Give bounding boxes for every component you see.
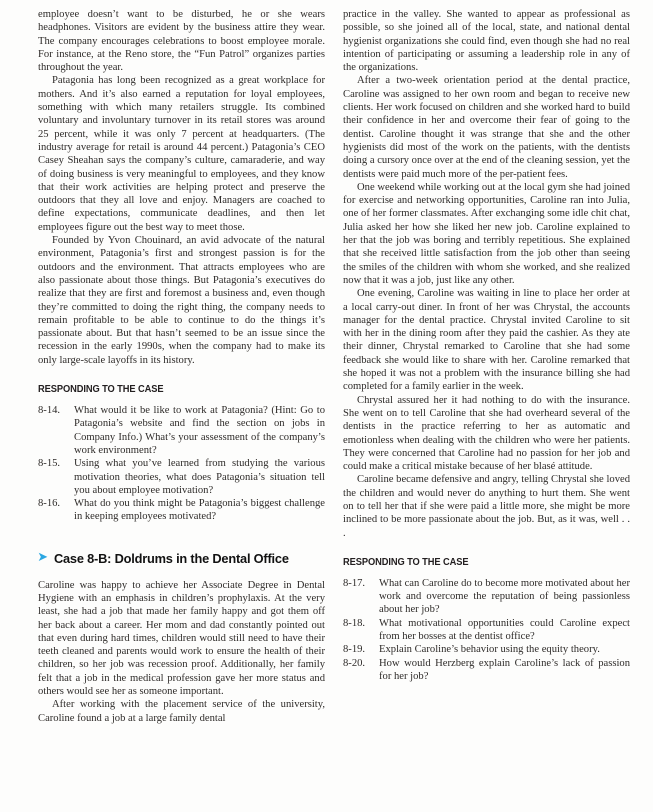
question-number: 8-20. — [343, 657, 365, 670]
question-number: 8-16. — [38, 497, 60, 510]
paragraph: One evening, Caroline was waiting in lin… — [343, 287, 630, 393]
paragraph: Chrystal assured her it had nothing to d… — [343, 394, 630, 474]
question-number: 8-15. — [38, 457, 60, 470]
question-text: What would it be like to work at Patagon… — [74, 405, 325, 456]
question-item: 8-16. What do you think might be Patagon… — [38, 497, 325, 524]
question-number: 8-14. — [38, 404, 60, 417]
question-item: 8-15. Using what you’ve learned from stu… — [38, 457, 325, 497]
paragraph: Founded by Yvon Chouinard, an avid advoc… — [38, 234, 325, 367]
question-number: 8-18. — [343, 617, 365, 630]
two-column-layout: employee doesn’t want to be disturbed, h… — [0, 0, 653, 725]
paragraph: After working with the placement service… — [38, 698, 325, 725]
paragraph: One weekend while working out at the loc… — [343, 181, 630, 287]
question-text: What can Caroline do to become more moti… — [379, 578, 630, 616]
question-item: 8-17. What can Caroline do to become mor… — [343, 577, 630, 617]
paragraph: After a two-week orientation period at t… — [343, 74, 630, 180]
textbook-page: employee doesn’t want to be disturbed, h… — [0, 0, 653, 812]
case-8b-heading: ➤ Case 8-B: Doldrums in the Dental Offic… — [38, 551, 316, 566]
question-text: Using what you’ve learned from studying … — [74, 458, 325, 496]
case-questions-list: 8-14. What would it be like to work at P… — [38, 404, 325, 524]
paragraph: Patagonia has long been recognized as a … — [38, 74, 325, 234]
question-text: Explain Caroline’s behavior using the eq… — [379, 644, 600, 655]
question-text: What do you think might be Patagonia’s b… — [74, 498, 325, 522]
responding-heading: RESPONDING TO THE CASE — [343, 557, 468, 568]
paragraph: practice in the valley. She wanted to ap… — [343, 8, 630, 74]
case-questions-list: 8-17. What can Caroline do to become mor… — [343, 577, 630, 683]
paragraph: Caroline was happy to achieve her Associ… — [38, 579, 325, 699]
question-item: 8-18. What motivational opportunities co… — [343, 617, 630, 644]
left-column: employee doesn’t want to be disturbed, h… — [38, 8, 325, 725]
question-item: 8-14. What would it be like to work at P… — [38, 404, 325, 457]
question-text: What motivational opportunities could Ca… — [379, 618, 630, 642]
right-column: practice in the valley. She wanted to ap… — [343, 8, 630, 725]
paragraph: Caroline became defensive and angry, tel… — [343, 473, 630, 539]
question-number: 8-17. — [343, 577, 365, 590]
question-item: 8-20. How would Herzberg explain Carolin… — [343, 657, 630, 684]
case-arrow-icon: ➤ — [38, 553, 47, 565]
paragraph: employee doesn’t want to be disturbed, h… — [38, 8, 325, 74]
case-heading-label: Case 8-B: Doldrums in the Dental Office — [54, 551, 289, 566]
question-item: 8-19. Explain Caroline’s behavior using … — [343, 643, 630, 656]
question-number: 8-19. — [343, 643, 365, 656]
responding-heading: RESPONDING TO THE CASE — [38, 384, 163, 395]
question-text: How would Herzberg explain Caroline’s la… — [379, 658, 630, 682]
